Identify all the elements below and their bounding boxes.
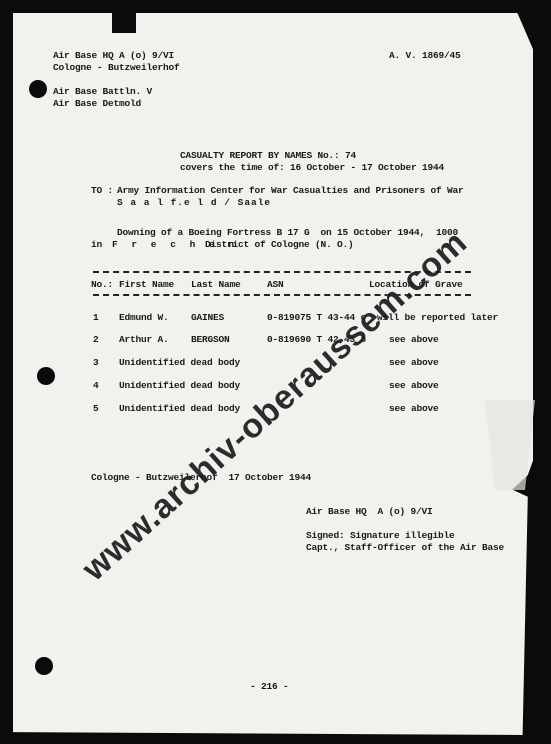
row-2-first: Arthur A. [119,334,169,346]
header-last-name: Last Name [191,279,241,291]
to-label: TO : [91,185,113,197]
to-line-1: Army Information Center for War Casualti… [117,185,464,197]
row-5-grave: see above [389,403,439,415]
sender-line-1: Air Base HQ A (o) 9/VI [53,50,174,62]
punch-hole-top [29,80,47,98]
office: Air Base HQ A (o) 9/VI [306,506,433,518]
incident-district: District of Cologne (N. O.) [205,239,354,251]
reference-number: A. V. 1869/45 [389,50,461,62]
row-2-last: BERGSON [191,334,230,346]
page-number: - 216 - [250,681,289,693]
row-3-no: 3 [93,357,99,369]
row-1-first: Edmund W. [119,312,169,324]
row-4-grave: see above [389,380,439,392]
to-line-2: S a a l f.e l d / Saale [117,197,271,209]
sender-line-2: Cologne - Butzweilerhof [53,62,180,74]
recipient-line-2: Air Base Detmold [53,98,141,110]
row-3-grave: see above [389,357,439,369]
rank-line: Capt., Staff-Officer of the Air Base [306,542,504,554]
signed-line: Signed: Signature illegible [306,530,455,542]
report-title: CASUALTY REPORT BY NAMES No.: 74 [180,150,356,162]
incident-in: in [91,239,102,251]
incident-line-1: Downing of a Boeing Fortress B 17 G on 1… [117,227,458,239]
report-period: covers the time of: 16 October - 17 Octo… [180,162,444,174]
row-4-first: Unidentified dead body [119,380,240,392]
row-2-grave: see above [389,334,439,346]
row-1-no: 1 [93,312,99,324]
punch-hole-middle [37,367,55,385]
row-5-no: 5 [93,403,99,415]
tab-mark [112,13,136,33]
row-3-first: Unidentified dead body [119,357,240,369]
row-1-last: GAINES [191,312,224,324]
row-4-no: 4 [93,380,99,392]
punch-hole-bottom [35,657,53,675]
header-first-name: First Name [119,279,174,291]
document-page [13,13,533,735]
header-asn: ASN [267,279,284,291]
row-2-no: 2 [93,334,99,346]
recipient-line-1: Air Base Battln. V [53,86,152,98]
header-no: No.: [91,279,113,291]
row-5-first: Unidentified dead body [119,403,240,415]
